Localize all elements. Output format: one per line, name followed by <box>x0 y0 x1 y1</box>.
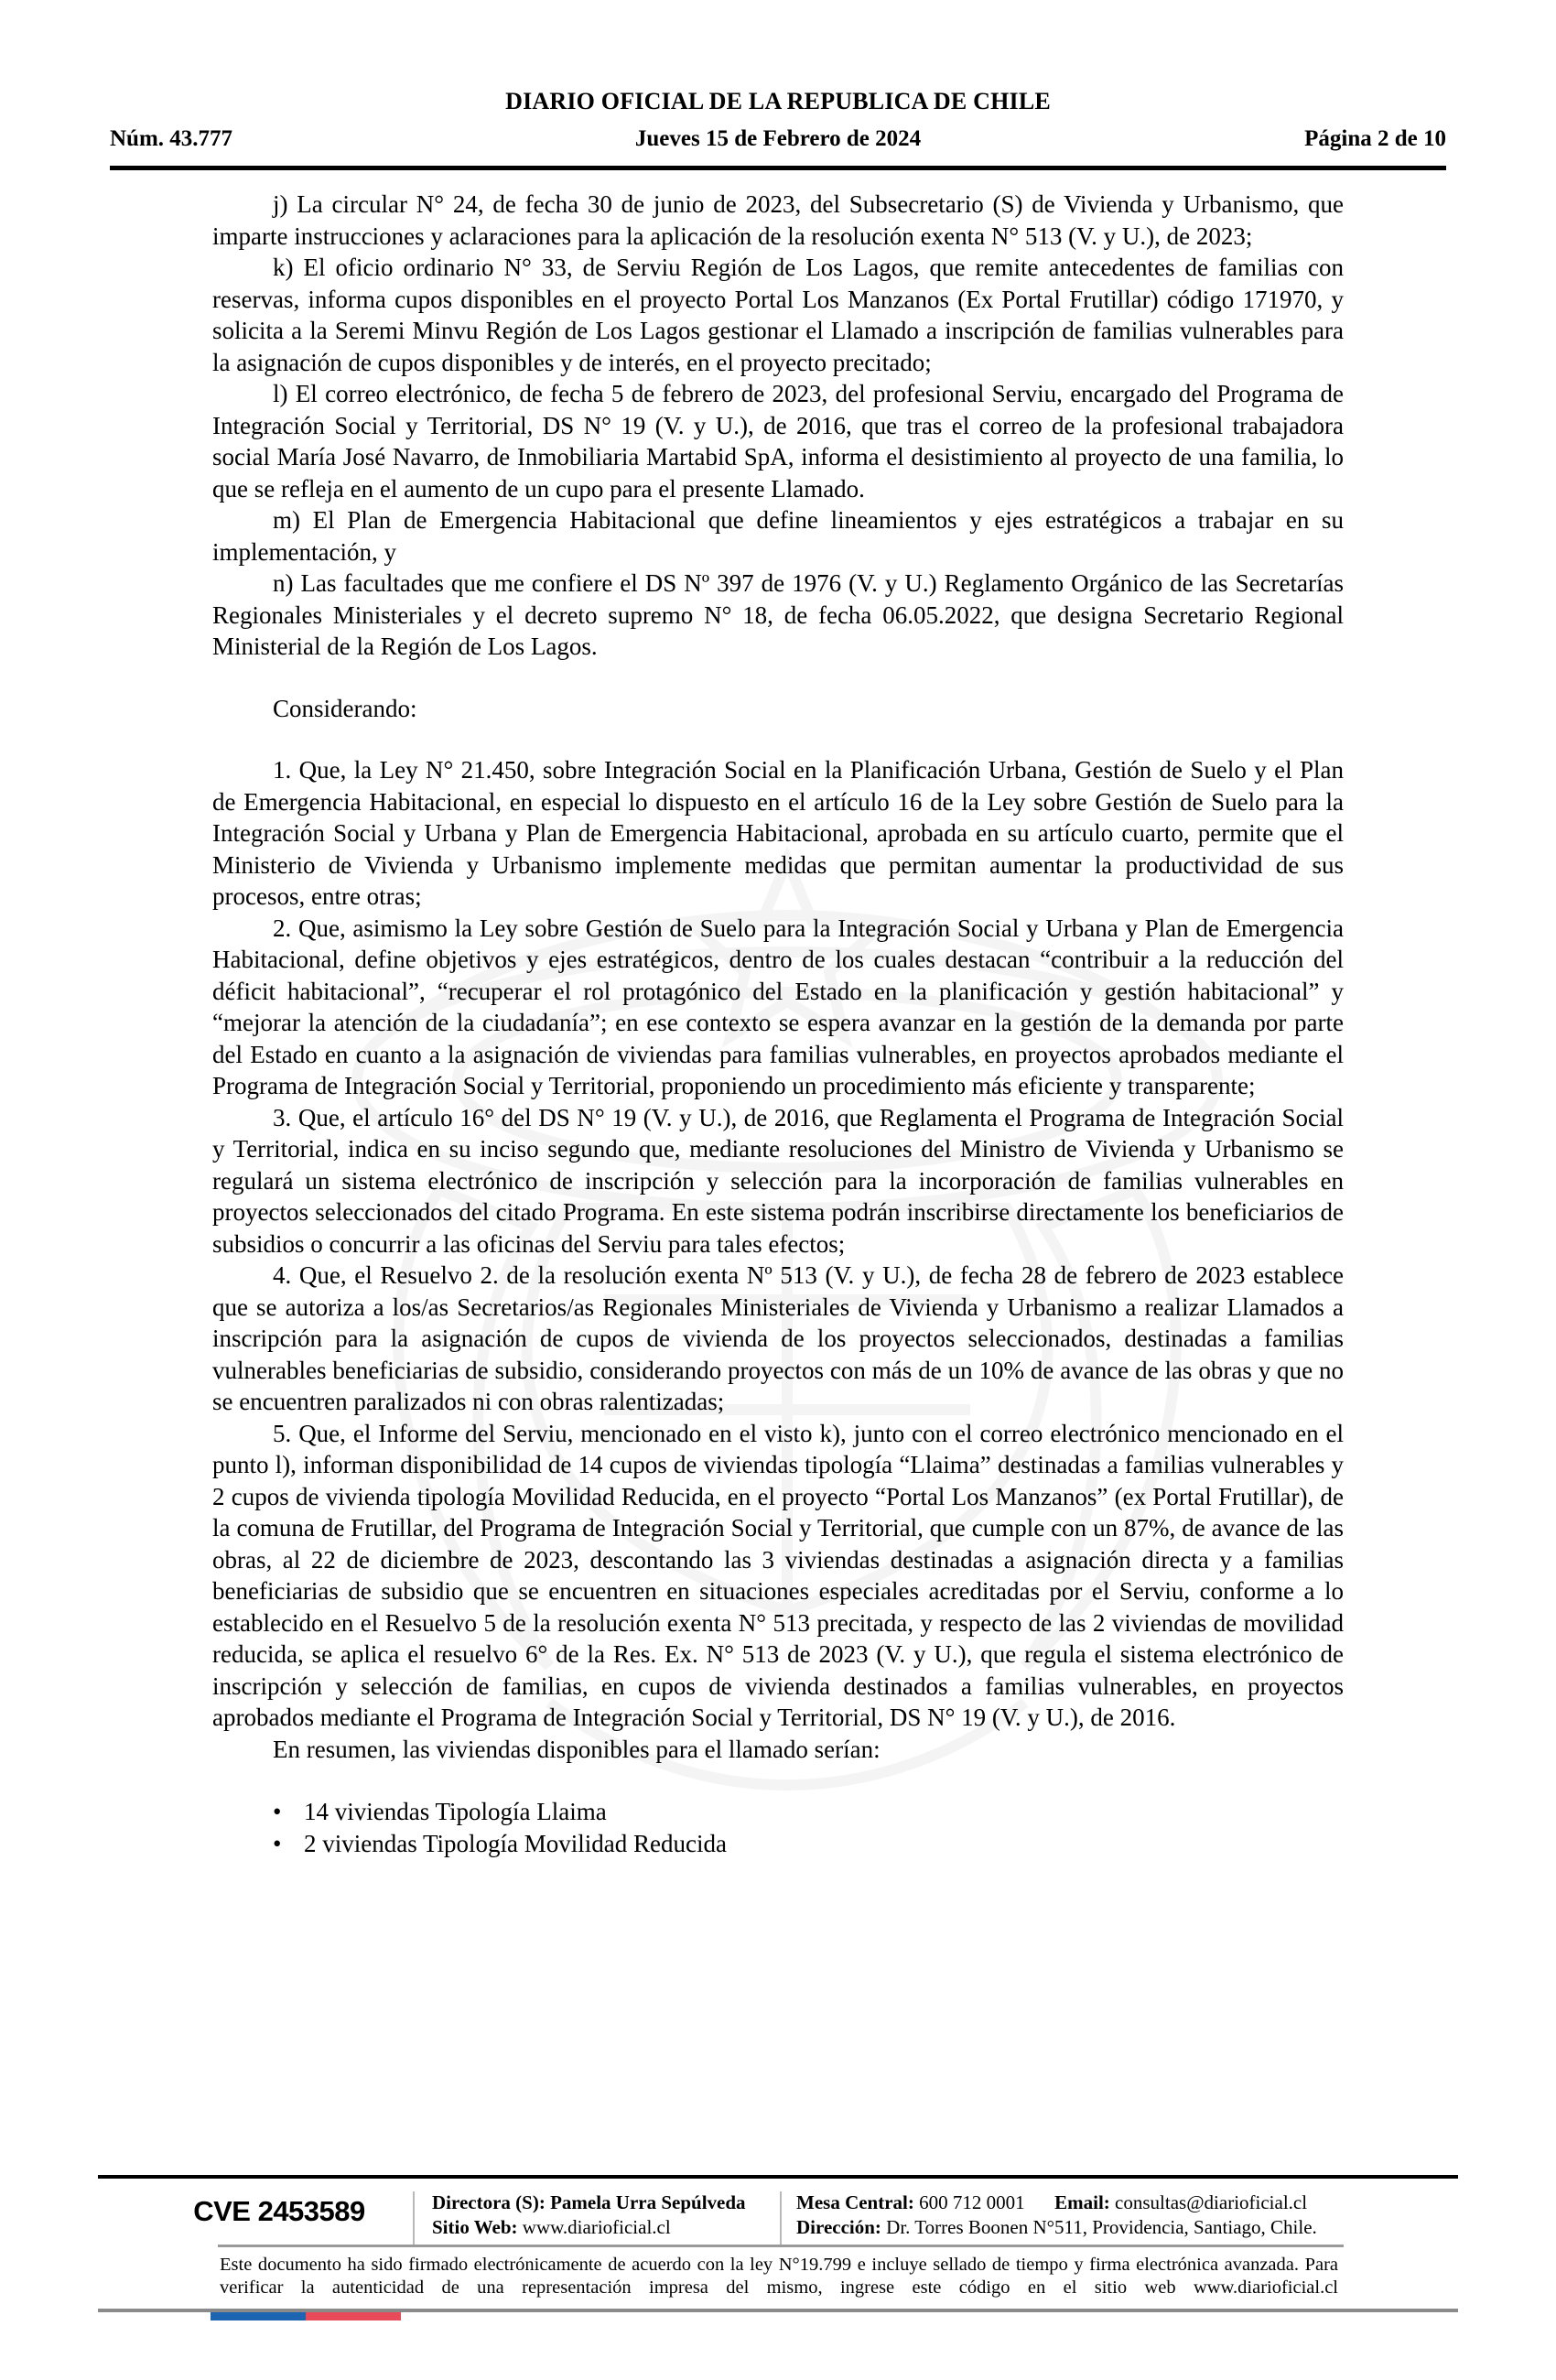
considerando-item-5: 5. Que, el Informe del Serviu, mencionad… <box>212 1418 1344 1734</box>
cve-code: CVE 2453589 <box>160 2195 398 2228</box>
chile-flag-bar <box>211 2312 401 2320</box>
bullet-item: •2 viviendas Tipología Movilidad Reducid… <box>273 1828 1344 1860</box>
flag-blue-bar <box>211 2312 306 2320</box>
page-number: Página 2 de 10 <box>1304 126 1446 152</box>
considerando-item-4: 4. Que, el Resuelvo 2. de la resolución … <box>212 1260 1344 1418</box>
document-page: DIARIO OFICIAL DE LA REPUBLICA DE CHILE … <box>0 0 1556 2380</box>
newspaper-title: DIARIO OFICIAL DE LA REPUBLICA DE CHILE <box>0 88 1556 115</box>
bullet-item-text: 14 viviendas Tipología Llaima <box>304 1798 607 1825</box>
considerando-item-1: 1. Que, la Ley N° 21.450, sobre Integrac… <box>212 754 1344 913</box>
disclaimer-line-1: Este documento ha sido firmado electróni… <box>220 2255 1218 2275</box>
bullet-icon: • <box>273 1796 304 1828</box>
phone-email-line: Mesa Central: 600 712 0001 Email: consul… <box>796 2191 1437 2215</box>
website-line: Sitio Web: www.diarioficial.cl <box>432 2215 771 2240</box>
footer-contact-column: Mesa Central: 600 712 0001 Email: consul… <box>796 2191 1437 2240</box>
visto-paragraph-n: n) Las facultades que me confiere el DS … <box>212 568 1344 663</box>
footer-mid-rule <box>218 2245 1344 2247</box>
housing-bullet-list: •14 viviendas Tipología Llaima •2 vivien… <box>212 1796 1344 1860</box>
footer-divider <box>780 2191 782 2245</box>
director-label: Directora (S): <box>432 2191 546 2213</box>
considerando-item-3: 3. Que, el artículo 16° del DS N° 19 (V.… <box>212 1102 1344 1260</box>
bullet-icon: • <box>273 1828 304 1860</box>
vertical-spacer <box>212 724 1344 754</box>
header-meta-row: Núm. 43.777 Jueves 15 de Febrero de 2024… <box>110 126 1446 154</box>
footer-top-rule <box>98 2175 1458 2179</box>
document-body: j) La circular N° 24, de fecha 30 de jun… <box>212 189 1344 1860</box>
flag-red-bar <box>306 2312 401 2320</box>
considerando-heading: Considerando: <box>212 693 1344 725</box>
mesa-central-value: 600 712 0001 <box>919 2191 1025 2213</box>
edition-date: Jueves 15 de Febrero de 2024 <box>110 126 1446 152</box>
website-label: Sitio Web: <box>432 2216 518 2238</box>
vertical-spacer <box>212 663 1344 693</box>
director-line: Directora (S): Pamela Urra Sepúlveda <box>432 2191 771 2215</box>
bullet-item-text: 2 viviendas Tipología Movilidad Reducida <box>304 1830 727 1857</box>
address-line: Dirección: Dr. Torres Boonen N°511, Prov… <box>796 2215 1437 2240</box>
summary-intro: En resumen, las viviendas disponibles pa… <box>212 1734 1344 1766</box>
legal-disclaimer: Este documento ha sido firmado electróni… <box>220 2254 1338 2299</box>
director-name: Pamela Urra Sepúlveda <box>550 2191 745 2213</box>
email-value: consultas@diarioficial.cl <box>1115 2191 1307 2213</box>
considerando-item-2: 2. Que, asimismo la Ley sobre Gestión de… <box>212 913 1344 1102</box>
email-label: Email: <box>1054 2191 1110 2213</box>
visto-paragraph-m: m) El Plan de Emergencia Habitacional qu… <box>212 504 1344 568</box>
address-label: Dirección: <box>796 2216 881 2238</box>
header-rule <box>110 166 1446 170</box>
bullet-item: •14 viviendas Tipología Llaima <box>273 1796 1344 1828</box>
footer-director-column: Directora (S): Pamela Urra Sepúlveda Sit… <box>432 2191 771 2240</box>
visto-paragraph-k: k) El oficio ordinario N° 33, de Serviu … <box>212 252 1344 378</box>
visto-paragraph-l: l) El correo electrónico, de fecha 5 de … <box>212 378 1344 504</box>
address-value: Dr. Torres Boonen N°511, Providencia, Sa… <box>886 2216 1317 2238</box>
mesa-central-label: Mesa Central: <box>796 2191 914 2213</box>
footer-divider <box>413 2191 415 2245</box>
visto-paragraph-j: j) La circular N° 24, de fecha 30 de jun… <box>212 189 1344 252</box>
website-value: www.diarioficial.cl <box>523 2216 671 2238</box>
